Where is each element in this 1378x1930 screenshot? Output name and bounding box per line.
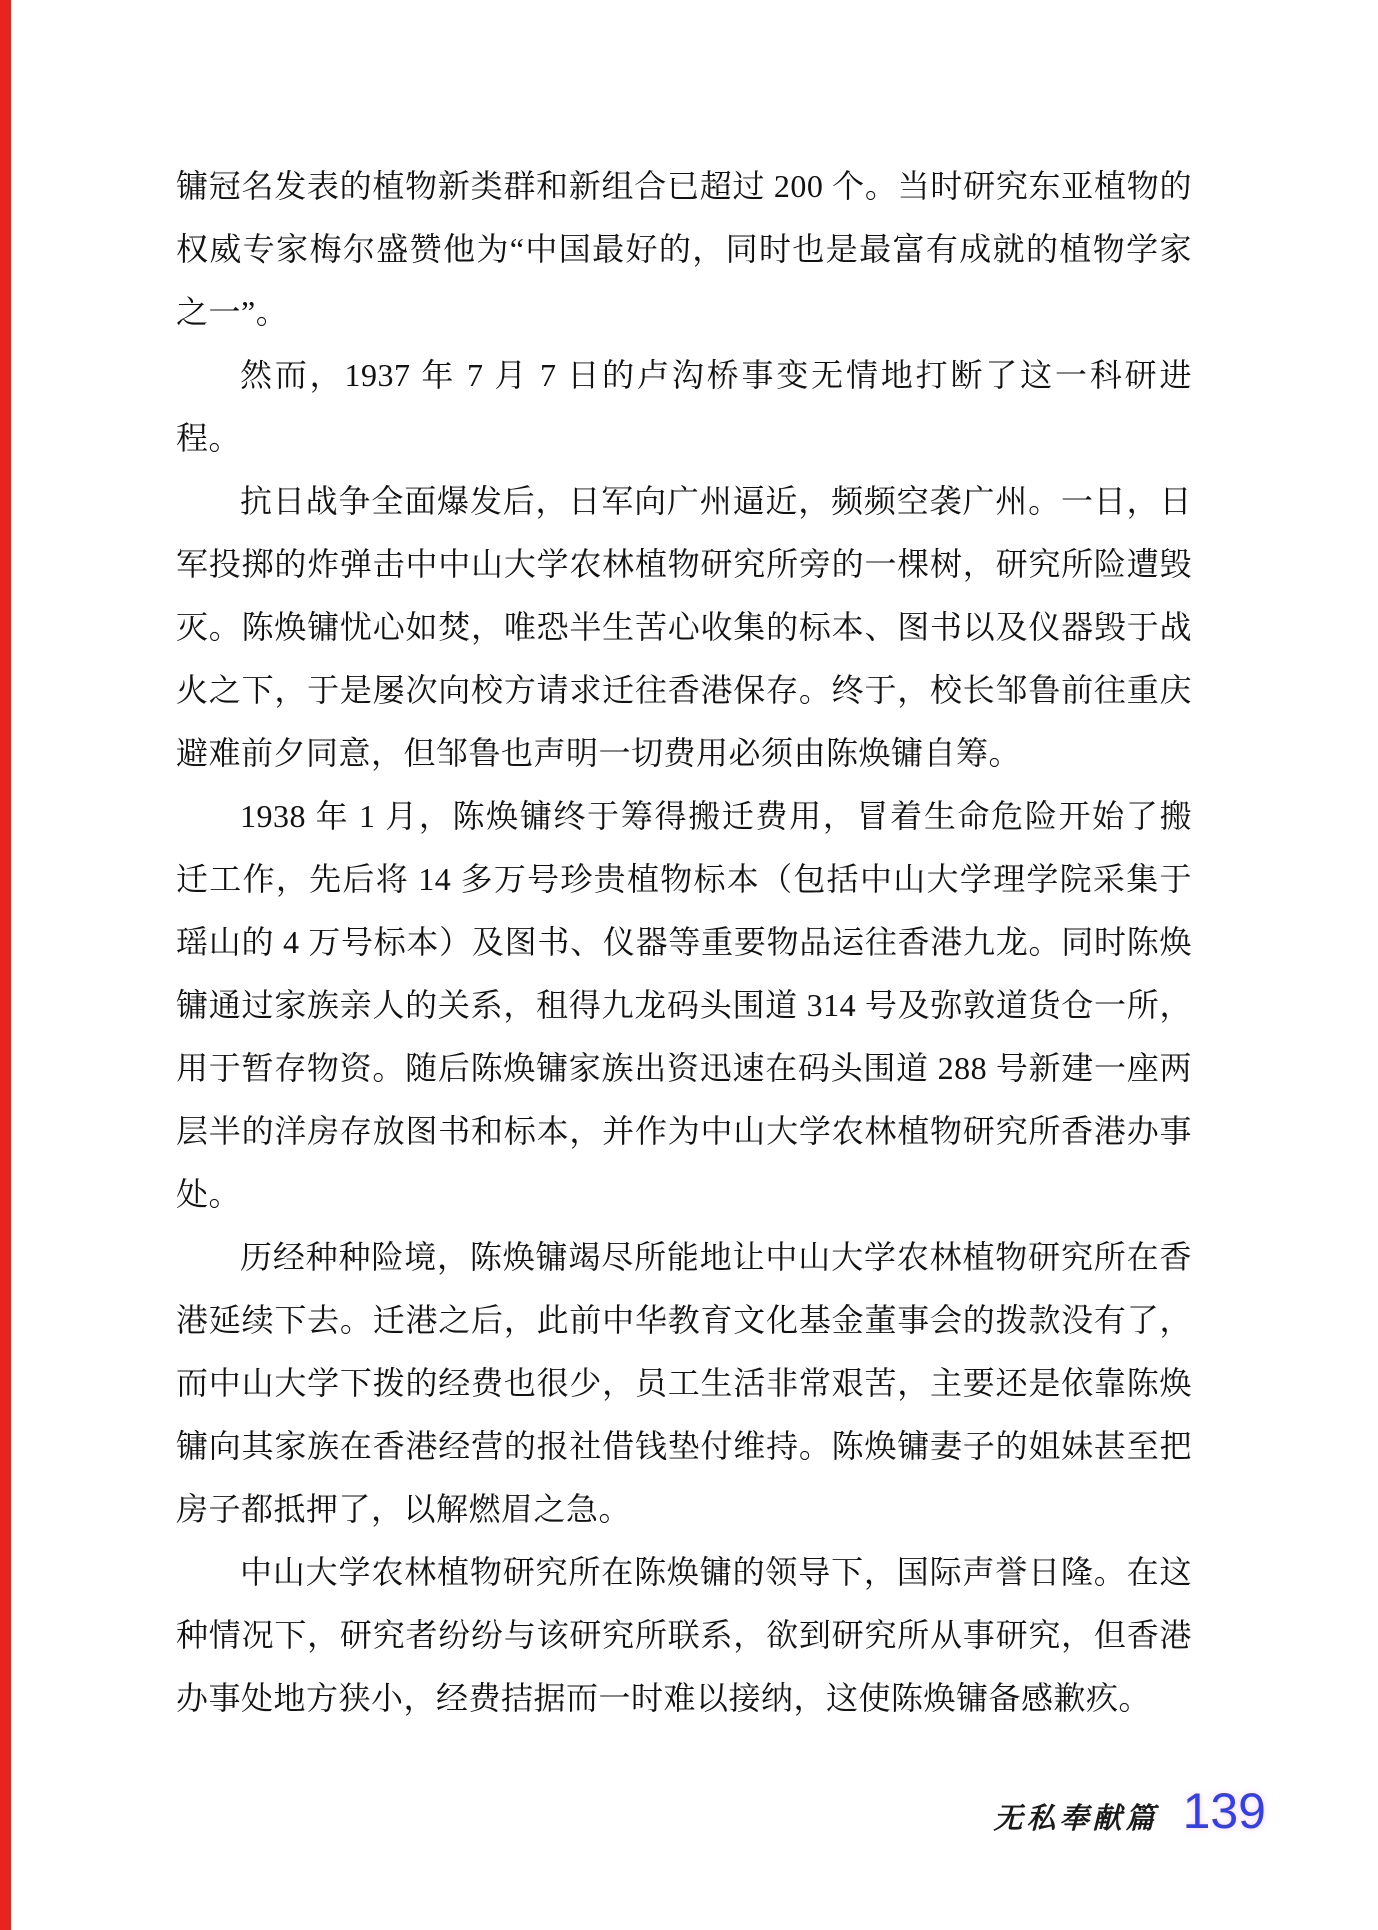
- paragraph: 1938 年 1 月，陈焕镛终于筹得搬迁费用，冒着生命危险开始了搬迁工作，先后将…: [176, 785, 1192, 1226]
- document-body: 镛冠名发表的植物新类群和新组合已超过 200 个。当时研究东亚植物的权威专家梅尔…: [176, 155, 1192, 1730]
- paragraph: 镛冠名发表的植物新类群和新组合已超过 200 个。当时研究东亚植物的权威专家梅尔…: [176, 155, 1192, 344]
- paragraph: 然而，1937 年 7 月 7 日的卢沟桥事变无情地打断了这一科研进程。: [176, 344, 1192, 470]
- book-page: 镛冠名发表的植物新类群和新组合已超过 200 个。当时研究东亚植物的权威专家梅尔…: [0, 0, 1378, 1930]
- paragraph: 中山大学农林植物研究所在陈焕镛的领导下，国际声誉日隆。在这种情况下，研究者纷纷与…: [176, 1541, 1192, 1730]
- paragraph: 抗日战争全面爆发后，日军向广州逼近，频频空袭广州。一日，日军投掷的炸弹击中中山大…: [176, 470, 1192, 785]
- footer-section-label: 无私奉献篇: [994, 1796, 1159, 1837]
- page-number: 139: [1183, 1782, 1266, 1840]
- page-footer: 无私奉献篇 139: [994, 1782, 1266, 1840]
- left-margin-red-bar: [0, 0, 11, 1930]
- paragraph: 历经种种险境，陈焕镛竭尽所能地让中山大学农林植物研究所在香港延续下去。迁港之后，…: [176, 1226, 1192, 1541]
